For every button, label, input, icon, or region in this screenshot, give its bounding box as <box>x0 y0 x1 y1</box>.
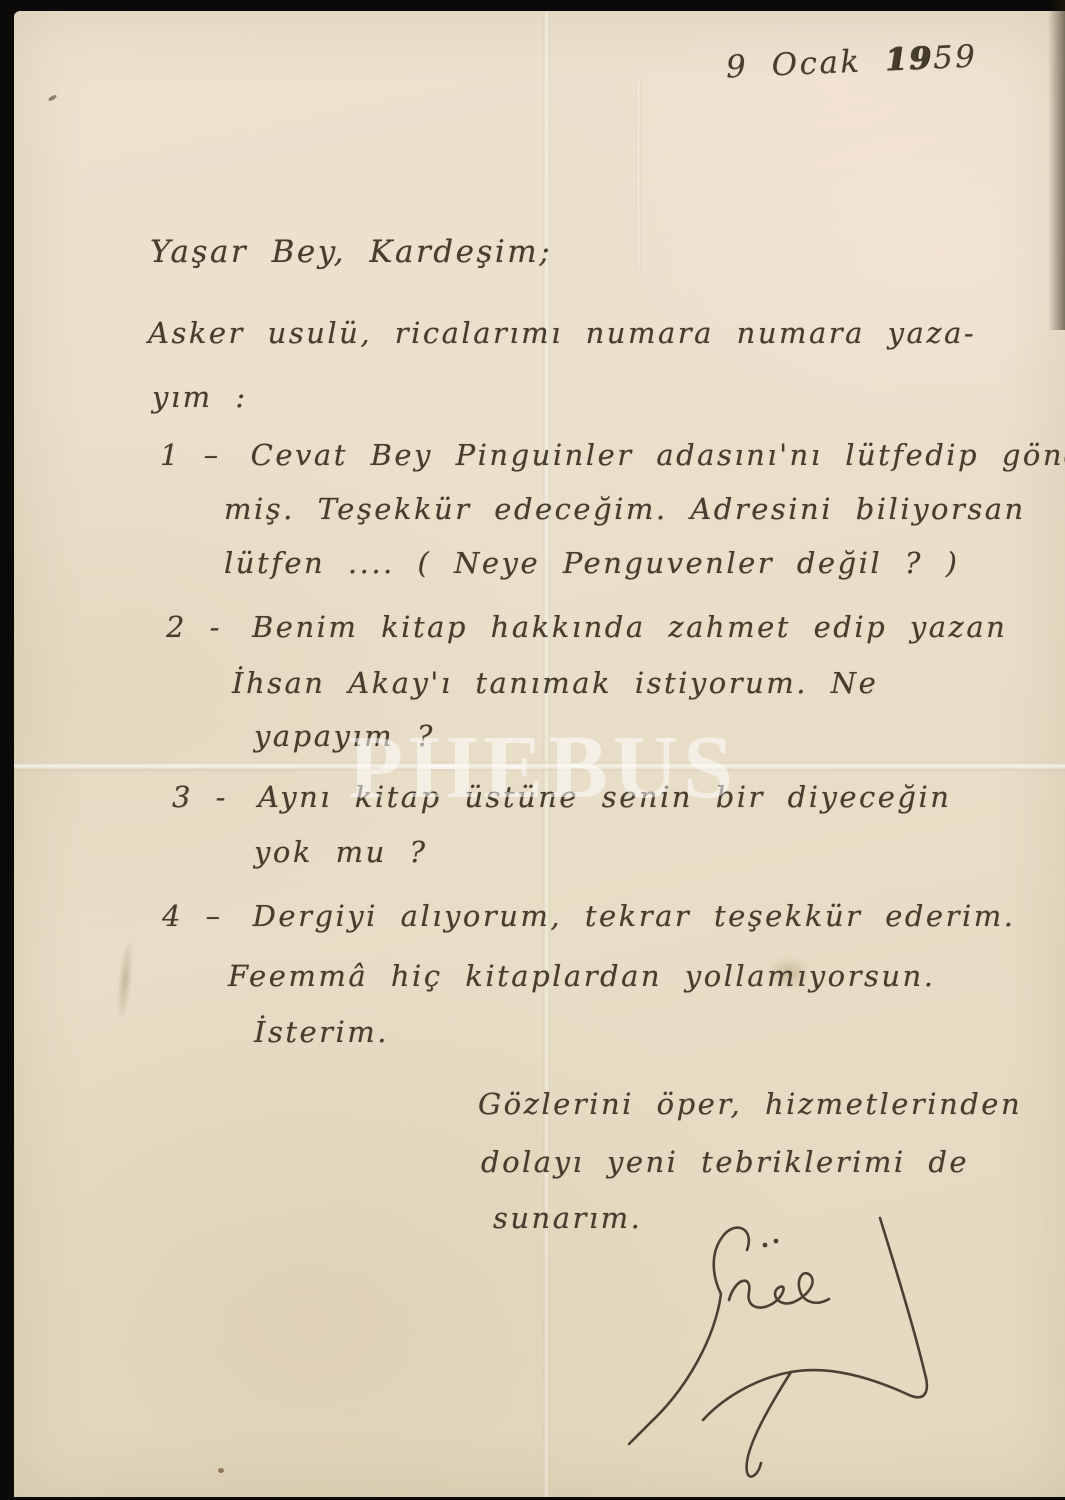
item-4-line-2: Feemmâ hiç kitaplardan yollamıyorsun. <box>228 959 935 993</box>
item-4-line-1: 4 –Dergiyi alıyorum, tekrar teşekkür ede… <box>162 899 1015 933</box>
item-2-text: Benim kitap hakkında zahmet edip yazan <box>252 610 1007 644</box>
intro-line-1: Asker usulü, ricalarımı numara numara ya… <box>148 316 976 350</box>
signature-flourish: Yücel <box>595 1212 995 1492</box>
letter-scan: 9 Ocak 1959 Yaşar Bey, Kardeşim; Asker u… <box>0 0 1065 1500</box>
item-1-line-2: miş. Teşekkür edeceğim. Adresini biliyor… <box>224 492 1026 526</box>
item-4-number: 4 – <box>162 899 223 933</box>
item-4-line-3: İsterim. <box>254 1015 389 1049</box>
item-1-number: 1 – <box>160 438 221 472</box>
phebus-watermark: PHEBUS <box>348 716 738 819</box>
date-prefix: 9 Ocak <box>725 43 885 86</box>
item-2-line-1: 2 -Benim kitap hakkında zahmet edip yaza… <box>166 610 1007 644</box>
item-1-line-3: lütfen .... ( Neye Penguvenler değil ? ) <box>224 546 960 580</box>
intro-line-2: yım : <box>152 380 248 414</box>
closing-line-2: dolayı yeni tebriklerimi de <box>481 1145 969 1179</box>
vertical-wrinkle <box>636 80 641 270</box>
paper-speck <box>218 1468 224 1473</box>
item-1-line-1: 1 –Cevat Bey Pinguinler adasını'nı lütfe… <box>160 438 1065 472</box>
date-rest: 59 <box>932 39 978 77</box>
item-1-text: Cevat Bey Pinguinler adasını'nı lütfedip… <box>251 438 1065 472</box>
item-3-line-2: yok mu ? <box>254 835 428 869</box>
date-overwritten-digits: 19 <box>884 40 934 78</box>
salutation-line: Yaşar Bey, Kardeşim; <box>150 234 552 270</box>
item-2-line-2: İhsan Akay'ı tanımak istiyorum. Ne <box>232 666 878 700</box>
item-4-text: Dergiyi alıyorum, tekrar teşekkür ederim… <box>253 899 1016 933</box>
item-3-number: 3 - <box>172 780 228 814</box>
paper-edge-shadow <box>1045 0 1065 330</box>
closing-line-1: Gözlerini öper, hizmetlerinden <box>478 1087 1022 1121</box>
item-2-number: 2 - <box>166 610 222 644</box>
